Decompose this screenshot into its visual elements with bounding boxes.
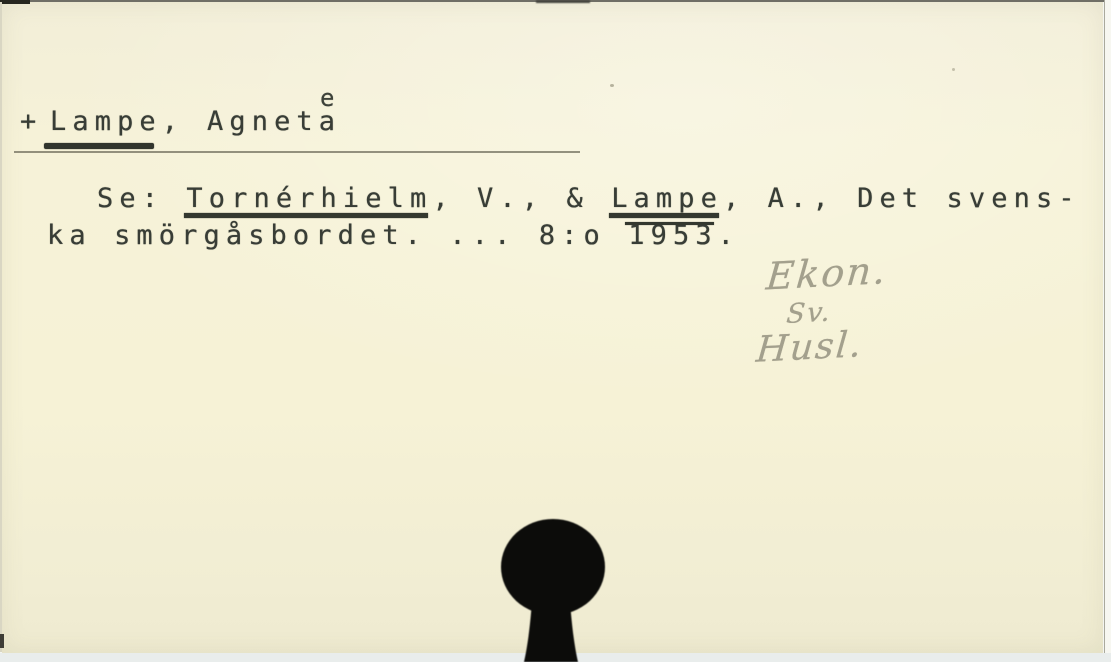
scan-artifact-top-smudge (536, 0, 590, 3)
reference-line2-end: . (718, 220, 740, 251)
reference-between: , V., & (432, 183, 611, 214)
pencil-note-ekon: Ekon. (765, 247, 980, 298)
reference-line-2: ka smörgåsbordet. ... 8:o 1953. (47, 220, 740, 251)
scan-artifact-top-left-bar (0, 0, 30, 4)
scan-artifact-left-speck (0, 634, 4, 648)
author2-underlined: Lampe (611, 183, 723, 214)
scan-artifact-speck (952, 68, 955, 71)
superscript-correction-letter: e (320, 84, 334, 112)
reference-line-1: Se: Tornérhielm, V., & Lampe, A., Det sv… (97, 183, 1081, 214)
author1-underlined: Tornérhielm (186, 183, 432, 214)
scan-page: + Lampe, Agneta e Se: Tornérhielm, V., &… (0, 0, 1111, 662)
heading-rule (14, 151, 580, 153)
reference-tail: , A., Det svens- (723, 183, 1081, 214)
scan-artifact-speck (610, 84, 614, 87)
reference-line2-start: ka smörgåsbordet. ... 8:o (47, 220, 628, 251)
keyhole-punch-hole-icon (496, 517, 614, 662)
heading-surname: Lampe, (50, 106, 184, 137)
pencil-notes: Ekon. Sv. Husl. (757, 252, 977, 364)
year-overlined: 1953 (628, 220, 717, 251)
heading-plus-mark: + (20, 106, 42, 137)
reference-intro: Se: (97, 183, 186, 214)
scan-artifact-left-edge (0, 2, 2, 652)
scan-artifact-right-margin (1104, 0, 1111, 662)
pencil-note-husl: Husl. (755, 321, 980, 370)
surname-underline (44, 143, 154, 149)
